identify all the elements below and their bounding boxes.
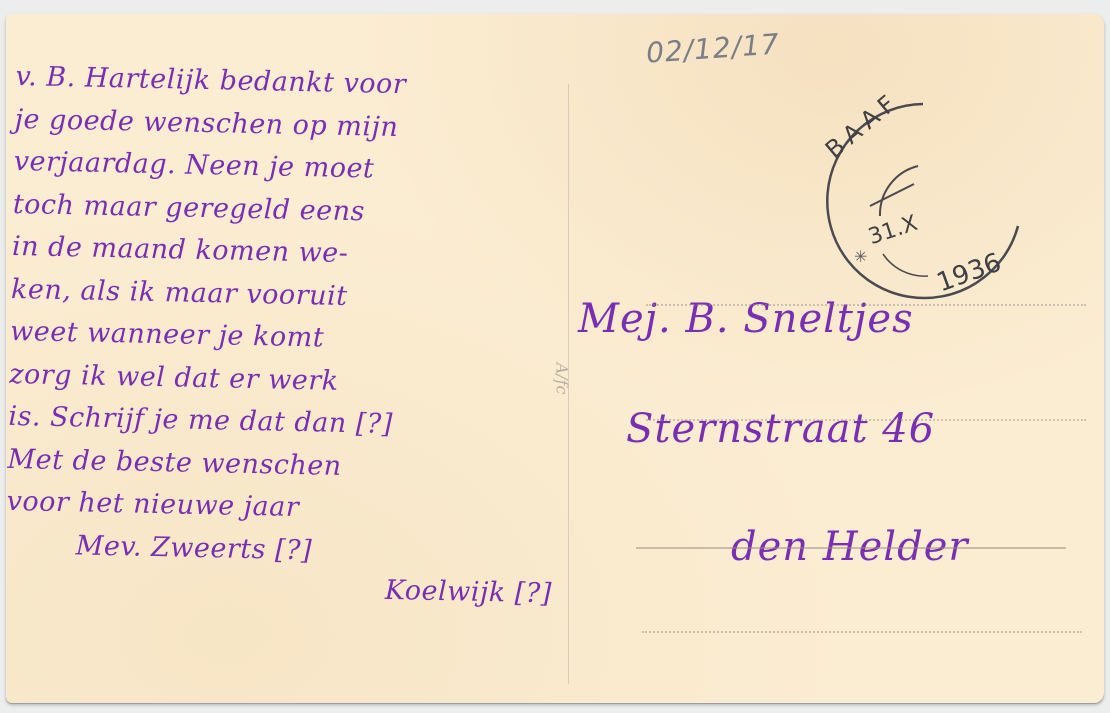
recipient-street: Sternstraat 46 bbox=[626, 406, 935, 452]
postcard: 02/12/17 A/fc v. B. Hartelijk bedankt vo… bbox=[6, 14, 1104, 703]
svg-text:✳: ✳ bbox=[854, 247, 867, 266]
address-line-1 bbox=[646, 304, 1086, 306]
handwritten-message: v. B. Hartelijk bedankt voor je goede we… bbox=[5, 56, 576, 616]
address-line-3 bbox=[636, 547, 1066, 549]
address-line-2 bbox=[646, 419, 1086, 421]
pencil-date-annotation: 02/12/17 bbox=[645, 27, 781, 69]
recipient-name: Mej. B. Sneltjes bbox=[578, 296, 914, 342]
address-line-4 bbox=[642, 631, 1082, 633]
postmark-stamp: ✳ BAAF 31.X 1936 bbox=[818, 96, 1028, 306]
